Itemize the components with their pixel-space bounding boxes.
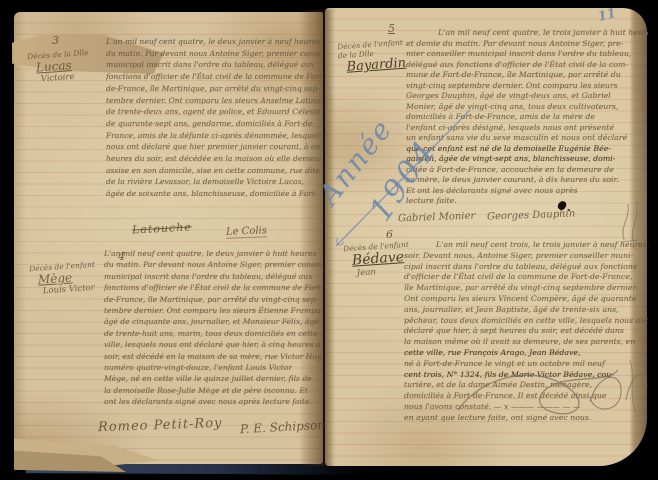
hand-line: ans, journalier, et Jean Baptiste, âgé d… [404,305,650,316]
hand-line: de-France, île Martinique, par arrêté du… [104,294,321,305]
hand-line: nous ont déclaré que hier premier janvie… [106,141,321,153]
hand-line: de trente-deux ans, agent de police, et … [106,106,321,118]
hand-line: mune de Fort-de-France, île Martinique, … [406,70,648,81]
signature: Le Colis [226,225,267,238]
hand-line: fonctions d'officier de l'État civil de … [106,71,321,83]
hand-line: ont les déclarants signé avec nous après… [104,396,321,407]
margin-note-entry-3: Décès de la Dlle Lucas Victoire [27,48,91,85]
hand-line: municipal inscrit dans l'ordre du tablea… [106,59,321,71]
hand-line: L'an mil neuf cent quatre, le deux janvi… [104,248,321,259]
hand-line: du matin. Par devant nous Antoine Siger,… [104,259,321,270]
hand-line: vingt-cinq septembre dernier. Ont compar… [406,81,648,92]
hand-line: L'an mil neuf cent quatre, le deux janvi… [106,36,321,48]
body-text-entry-3: L'an mil neuf cent quatre, le deux janvi… [106,36,321,200]
hand-line: déclaré que hier, à sept heures du soir,… [404,326,650,337]
hand-line: de quarante-sept ans, gendarme, domicili… [106,118,321,130]
hand-line: Mège, né en cette ville le quinze juille… [104,373,321,384]
hand-line: âgé de cinquante ans, journalier, et Mon… [104,316,321,327]
hand-line: délégué aux fonctions d'officier de l'Ét… [406,60,648,71]
hand-line: pêcheur, tous deux domiciliés en cette v… [404,316,650,327]
entry-number: 3 [52,34,59,47]
ink-speck [568,209,570,211]
hand-line: assise en son domicile, sise en cette co… [106,165,321,177]
hand-line: Georges Dauphin, âgé de vingt-deux ans, … [406,91,648,102]
body-text-entry-4: L'an mil neuf cent quatre, le deux janvi… [104,248,321,408]
hand-line: île Martinique, par arrêté du vingt-cinq… [404,283,650,294]
hand-line: France, amis de la défunte ci-après déno… [106,130,321,142]
hand-line: et demie du matin. Par devant nous Antoi… [406,39,648,50]
hand-line: municipal inscrit dans l'ordre du tablea… [104,271,321,282]
hand-line: soir, est décédé en la maison de sa mère… [104,351,321,362]
hand-line: fonctions d'officier de l'État civil de … [104,282,321,293]
hand-line: du matin. Par devant nous Antoine Siger,… [106,48,321,60]
hand-line: de la rivière Levassor, la demoiselle Vi… [106,176,321,188]
hand-line: la maison même où il avait sa demeure, d… [404,337,650,348]
hand-line: L'an mil neuf cent quatre, le trois janv… [438,28,648,39]
entry-number: 5 [388,22,395,35]
hand-line: tembre dernier. Ont comparu les sieurs É… [104,305,321,316]
margin-note-entry-5: Décès de l'enfant de la Dlle Bayardin [337,38,407,76]
pencil-scribble [440,352,655,430]
pencil-mark [618,196,642,244]
hand-line: cipal inscrit dans l'ordre du tableau, d… [404,262,650,273]
blue-stroke [334,106,474,248]
margin-note-entry-4: Décès de l'enfant Mège Louis Victor [29,260,97,298]
hand-line: tembre dernier. Ont comparu les sieurs A… [106,95,321,107]
hand-line: Ont comparu les sieurs Vincent Compère, … [404,294,650,305]
hand-line: numéro quatre-vingt-douze, l'enfant Loui… [104,362,321,373]
hand-line: de-France, île Martinique, par arrêté du… [106,83,321,95]
hand-line: de trente-huit ans, marin, tous deux dom… [104,328,321,339]
hand-line: mier conseiller municipal inscrit dans l… [406,49,648,60]
hand-line: âgée de soixante ans, blanchisseuse, dom… [106,188,321,200]
hand-line: la demoiselle Rose-Julie Mège et de père… [104,385,321,396]
hand-line: ville, lesquels nous ont déclaré que hie… [104,339,321,350]
hand-line: heures du soir, est décédée en la maison… [106,153,321,165]
hand-line: soir. Devant nous, Antoine Siger, premie… [404,251,650,262]
register-scan-photo: 3 Décès de la Dlle Lucas Victoire L'an m… [0,0,658,480]
hand-line: d'officier de l'État civil de la commune… [404,272,650,283]
